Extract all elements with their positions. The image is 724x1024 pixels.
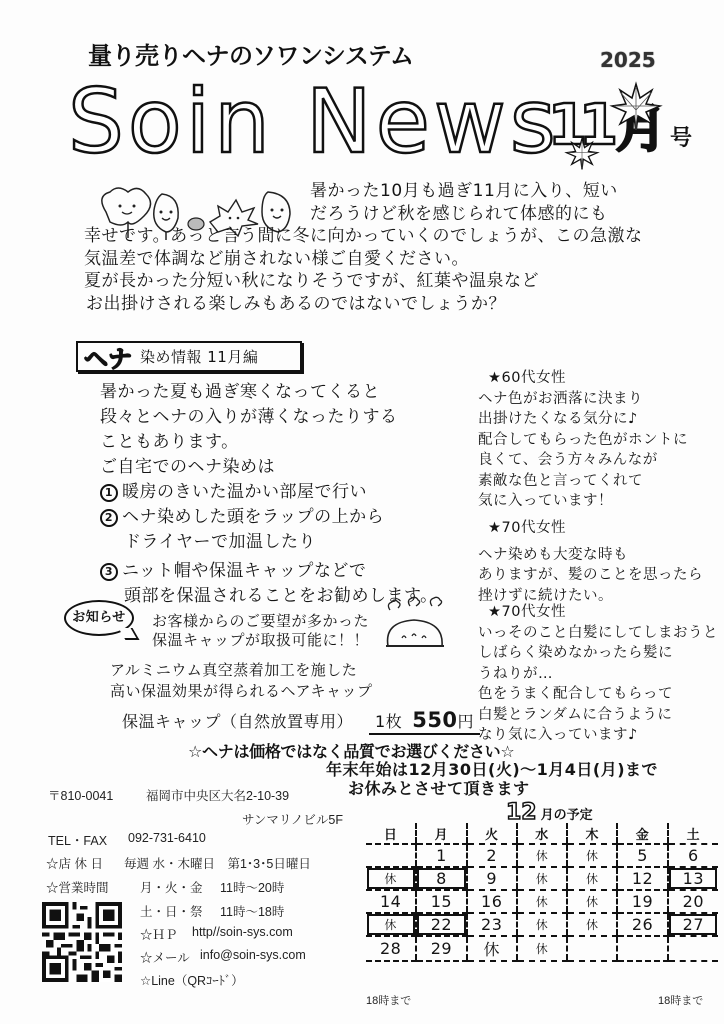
testimonial-line: 出掛けたくなる気分に♪	[478, 409, 688, 430]
closed-days-label: ☆店 休 日	[46, 854, 103, 872]
hours-weekend-days: 土・日・祭	[140, 902, 203, 920]
notice-line: お客様からのご要望が多かった	[152, 612, 369, 631]
closed-days: 毎週 水・木曜日 第1･3･5日曜日	[124, 854, 311, 872]
calendar-day: 27	[668, 913, 718, 936]
calendar-day: 8	[416, 867, 466, 890]
henna-line: こともあります。	[100, 430, 438, 455]
calendar-day-closed: 休	[517, 867, 567, 890]
intro-line: お出掛けされる楽しみもあるのではないでしょうか？	[84, 293, 642, 316]
intro-line: 気温差で体調など崩されない様ご自愛ください。	[84, 248, 642, 271]
price: 1枚 550円	[369, 708, 480, 735]
year-end-holiday-notice: 年末年始は12月30日(火)～1月4日(月)まで お休みとさせて頂きます	[326, 760, 658, 798]
thermal-cap-description: アルミニウム真空蒸着加工を施した 高い保温効果が得られるヘアキャップ	[110, 660, 372, 702]
notice-line: 保温キャップが取扱可能に！！	[152, 631, 369, 650]
newsletter-title: Soin News	[68, 78, 560, 166]
calendar-day: 5	[617, 844, 667, 867]
calendar-day: 9	[467, 867, 517, 890]
tip-number-badge: 2	[100, 509, 118, 527]
intro-line: 幸せです。あっと言う間に冬に向かっていくのでしょうが、この急激な	[84, 225, 642, 248]
tel-number[interactable]: 092-731-6410	[128, 831, 206, 845]
calendar-day: 26	[617, 913, 667, 936]
product-name: 保温キャップ（自然放置専用）	[122, 709, 353, 732]
weekday-tue: 火	[467, 823, 517, 844]
calendar-day: 19	[617, 890, 667, 913]
testimonial-line: いっそのこと白髪にしてしまおうと	[478, 623, 718, 644]
calendar-title: 12 月の予定	[506, 800, 593, 825]
issue-year: 2025	[600, 48, 656, 72]
testimonial-line: しばらく染めなかったら髪に	[478, 643, 718, 664]
intro-line: 夏が長かった分短い秋になりそうですが、紅葉や温泉など	[84, 270, 642, 293]
calendar-day-closed: 休	[517, 890, 567, 913]
calendar-week: 休 22 23 休 休 26 27	[366, 913, 718, 936]
line-qr-code[interactable]	[40, 902, 124, 982]
email-label: ☆メール	[140, 948, 190, 966]
henna-heading-small: 染め情報 11月編	[140, 346, 258, 367]
calendar-day: 16	[467, 890, 517, 913]
email-link[interactable]: info@soin-sys.com	[200, 948, 306, 962]
calendar-day: 13	[668, 867, 718, 890]
weekday-sun: 日	[366, 823, 416, 844]
intro-line: 暑かった10月も過ぎ11月に入り、短い	[310, 180, 618, 203]
sunday-hours-note: 18時まで	[366, 992, 411, 1008]
issue-suffix: 号	[670, 121, 692, 152]
calendar-week: 1 2 休 休 5 6	[366, 844, 718, 867]
testimonial-line: 気に入っています！	[478, 491, 688, 512]
calendar-day: 1	[416, 844, 466, 867]
calendar-day	[617, 936, 667, 961]
testimonial-60s: ★60代女性 ヘナ色がお洒落に決まり 出掛けたくなる気分に♪ 配合してもらった色…	[478, 368, 688, 512]
calendar-day: 29	[416, 936, 466, 961]
calendar-day-closed: 休	[366, 913, 416, 936]
testimonial-70s-2: ★70代女性 いっそのこと白髪にしてしまおうと しばらく染めなかったら髪に うね…	[478, 602, 718, 746]
hours-weekday-time: 11時～20時	[220, 878, 284, 896]
price-value: 550	[412, 708, 457, 732]
calendar-day-closed: 休	[517, 913, 567, 936]
calendar-day-closed: 休	[517, 936, 567, 961]
weekday-wed: 水	[517, 823, 567, 844]
calendar-day: 28	[366, 936, 416, 961]
postal-code: 〒810-0041	[48, 786, 113, 804]
henna-info-body: 暑かった夏も過ぎ寒くなってくると 段々とヘナの入りが薄くなったりする こともあり…	[100, 380, 438, 609]
calendar-day: 15	[416, 890, 466, 913]
calendar-day-closed: 休	[467, 936, 517, 961]
testimonial-line: ありますが、髪のことを思ったら	[478, 565, 703, 586]
calendar-day-closed: 休	[567, 890, 617, 913]
calendar-day: 2	[467, 844, 517, 867]
december-calendar: 日 月 火 水 木 金 土 1 2 休 休 5 6 休 8 9 休 休 12 1…	[366, 823, 718, 962]
calendar-week: 14 15 16 休 休 19 20	[366, 890, 718, 913]
newsletter-subtitle: 量り売りヘナのソワンシステム	[88, 36, 414, 71]
saturday-hours-note: 18時まで	[658, 992, 703, 1008]
address-line-1: 福岡市中央区大名2-10-39	[146, 786, 289, 804]
notice-line: アルミニウム真空蒸着加工を施した	[110, 660, 372, 681]
testimonial-line: ヘナ色がお洒落に決まり	[478, 389, 688, 410]
calendar-day: 6	[668, 844, 718, 867]
holiday-line: お休みとさせて頂きます	[326, 779, 658, 798]
weekday-fri: 金	[617, 823, 667, 844]
calendar-title-suffix: 月の予定	[541, 804, 593, 823]
intro-line: だろうけど秋を感じられて体感的にも	[310, 203, 618, 226]
tip-number-badge: 3	[100, 563, 118, 581]
maple-leaf-icon	[608, 80, 664, 136]
maple-leaf-small-icon	[564, 136, 600, 172]
calendar-day-closed: 休	[567, 867, 617, 890]
henna-info-heading: ヘナ 染め情報 11月編	[76, 341, 302, 372]
calendar-day: 22	[416, 913, 466, 936]
product-price-line: 保温キャップ（自然放置専用） 1枚 550円	[122, 708, 480, 735]
calendar-day-closed: 休	[517, 844, 567, 867]
testimonial-heading: ★60代女性	[478, 368, 688, 389]
notice-badge: お知らせ	[64, 600, 134, 636]
address-line-2: サンマリノビル5F	[242, 810, 343, 828]
calendar-header-row: 日 月 火 水 木 金 土	[366, 823, 718, 844]
tel-label: TEL・FAX	[48, 831, 107, 849]
calendar-day	[567, 936, 617, 961]
weekday-mon: 月	[416, 823, 466, 844]
notice-line: 高い保温効果が得られるヘアキャップ	[110, 681, 372, 702]
weekday-thu: 木	[567, 823, 617, 844]
henna-tip-2: 2ヘナ染めした頭をラップの上から	[100, 505, 438, 530]
intro-paragraph-top: 暑かった10月も過ぎ11月に入り、短い だろうけど秋を感じられて体感的にも	[310, 180, 618, 225]
henna-tip-1: 1暖房のきいた温かい部屋で行い	[100, 480, 438, 505]
calendar-day-closed: 休	[366, 867, 416, 890]
testimonial-heading: ★70代女性	[478, 518, 703, 539]
thermal-cap-illustration	[380, 596, 450, 654]
testimonial-line: うねりが…	[478, 664, 718, 685]
homepage-label: ☆ＨＰ	[140, 925, 178, 943]
tip-number-badge: 1	[100, 484, 118, 502]
hours-label: ☆営業時間	[46, 878, 109, 896]
calendar-month: 12	[506, 800, 537, 825]
line-label: ☆Line（QRｺｰﾄﾞ）	[140, 971, 244, 989]
testimonial-line: 素敵な色と言ってくれて	[478, 471, 688, 492]
tip-text: 暖房のきいた温かい部屋で行い	[122, 482, 367, 502]
calendar-day-closed: 休	[567, 844, 617, 867]
calendar-day: 20	[668, 890, 718, 913]
calendar-day: 12	[617, 867, 667, 890]
testimonial-heading: ★70代女性	[478, 602, 718, 623]
price-unit: 1枚	[375, 709, 402, 732]
testimonial-line: ヘナ染めも大変な時も	[478, 545, 703, 566]
calendar-week: 休 8 9 休 休 12 13	[366, 867, 718, 890]
calendar-day: 23	[467, 913, 517, 936]
homepage-link[interactable]: http//soin-sys.com	[192, 925, 293, 939]
testimonial-line: 良くて、会う方々みんなが	[478, 450, 688, 471]
calendar-day: 14	[366, 890, 416, 913]
calendar-day	[668, 936, 718, 961]
henna-line: ご自宅でのヘナ染めは	[100, 455, 438, 480]
notice-text: お客様からのご要望が多かった 保温キャップが取扱可能に！！	[152, 612, 369, 650]
hours-weekend-time: 11時～18時	[220, 902, 284, 920]
henna-heading-big: ヘナ	[84, 339, 132, 374]
tip-text: ニット帽や保温キャップなどで	[122, 561, 366, 581]
calendar-day-closed: 休	[567, 913, 617, 936]
testimonial-line: 白髪とランダムに合うように	[478, 705, 718, 726]
holiday-line: 年末年始は12月30日(火)～1月4日(月)まで	[326, 760, 658, 779]
hours-weekday-days: 月・火・金	[140, 878, 203, 896]
calendar-day	[366, 844, 416, 867]
henna-tip-3: 3ニット帽や保温キャップなどで	[100, 559, 438, 584]
henna-line: 暑かった夏も過ぎ寒くなってくると	[100, 380, 438, 405]
henna-line: 段々とヘナの入りが薄くなったりする	[100, 405, 438, 430]
weekday-sat: 土	[668, 823, 718, 844]
price-currency: 円	[458, 712, 475, 731]
intro-paragraph: 幸せです。あっと言う間に冬に向かっていくのでしょうが、この急激な 気温差で体調な…	[84, 225, 642, 315]
testimonial-line: 配合してもらった色がホントに	[478, 430, 688, 451]
tip-text: ドライヤーで加温したり	[100, 530, 438, 555]
tip-text: ヘナ染めした頭をラップの上から	[122, 507, 384, 527]
testimonial-70s-1: ★70代女性 ヘナ染めも大変な時も ありますが、髪のことを思ったら 挫けずに続け…	[478, 518, 703, 606]
testimonial-line: 色をうまく配合してもらって	[478, 684, 718, 705]
slogan: ☆ヘナは価格ではなく品質でお選びください☆	[188, 739, 514, 762]
calendar-week: 28 29 休 休	[366, 936, 718, 961]
